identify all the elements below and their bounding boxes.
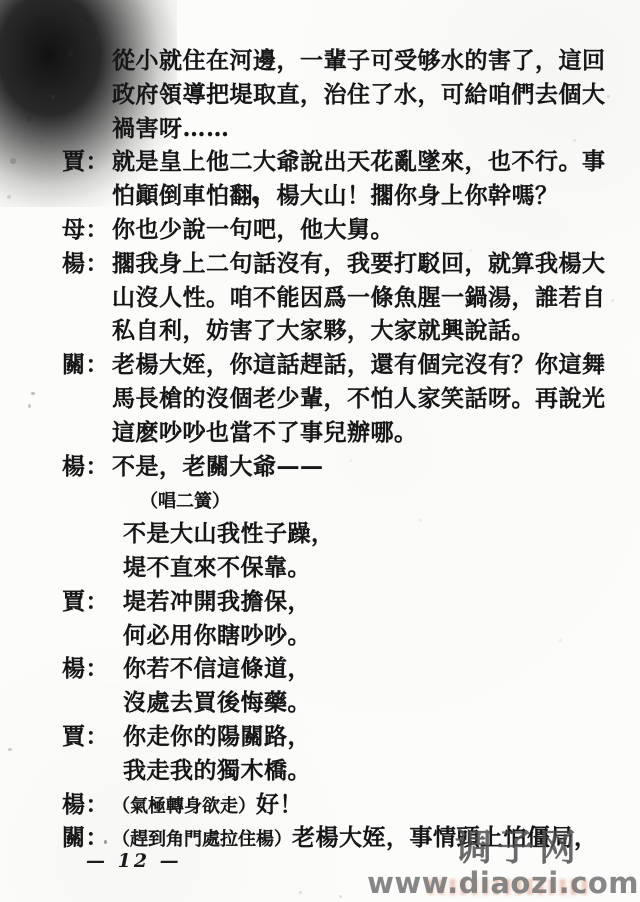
script-line: 楊：擱我身上二句話沒有，我要打駁回，就算我楊大 bbox=[62, 247, 624, 281]
script-line: 賈：你走你的陽關路， bbox=[62, 720, 624, 754]
dialogue-text: 你也少說一句吧，他大舅。 bbox=[112, 216, 394, 243]
speaker-label: 楊： bbox=[62, 788, 112, 822]
speaker-label: 賈： bbox=[62, 720, 123, 754]
script-line: 不是大山我性子躁， bbox=[62, 517, 624, 551]
watermark-site-name: 调子网 bbox=[367, 829, 581, 866]
verse-text: 我走我的獨木橋。 bbox=[123, 757, 311, 784]
script-line: 政府領導把堤取直，治住了水，可給咱們去個大 bbox=[62, 78, 624, 112]
script-line: 私自利，妨害了大家夥，大家就興說話。 bbox=[62, 314, 624, 348]
verse-text: 堤若冲開我擔保， bbox=[123, 588, 311, 615]
script-line: 母：你也少說一句吧，他大舅。 bbox=[62, 213, 624, 247]
script-line: 山沒人性。咱不能因爲一條魚腥一鍋湯，誰若自 bbox=[62, 281, 624, 315]
scanned-page: 從小就住在河邊，一輩子可受够水的害了，這回 政府領導把堤取直，治住了水，可給咱們… bbox=[0, 0, 640, 902]
dialogue-text: 老楊大姪，你這話趕話，還有個完沒有？你這舞 bbox=[112, 351, 606, 378]
script-line: 賈：就是皇上他二大爺說出天花亂墜來，也不行。事 bbox=[62, 145, 624, 179]
speaker-label: 楊： bbox=[62, 450, 112, 484]
speaker-label: 楊： bbox=[62, 652, 123, 686]
watermark: 调子网 www.diaozi.com bbox=[367, 829, 639, 898]
dialogue-text: 好！ bbox=[256, 791, 303, 818]
speaker-label: 賈： bbox=[62, 585, 123, 619]
dialogue-text: 擱我身上二句話沒有，我要打駁回，就算我楊大 bbox=[112, 250, 606, 277]
speaker-label: 母： bbox=[62, 213, 112, 247]
verse-text: 不是大山我性子躁， bbox=[123, 520, 335, 547]
dialogue-text: 山沒人性。咱不能因爲一條魚腥一鍋湯，誰若自 bbox=[112, 284, 606, 311]
dialogue-text: 馬長槍的沒個老少輩，不怕人家笑話呀。再說光 bbox=[112, 385, 606, 412]
stage-direction: （趕到角門處拉住楊） bbox=[112, 829, 292, 850]
dialogue-text: 這麽吵吵也當不了事兒辦哪。 bbox=[112, 419, 418, 446]
script-line: 禍害呀…… bbox=[62, 112, 624, 146]
verse-text: 堤不直來不保靠。 bbox=[123, 554, 311, 581]
verse-text: 你若不信這條道， bbox=[123, 655, 311, 682]
page-number: — 12 — bbox=[86, 850, 182, 872]
speaker-label: 楊： bbox=[62, 247, 112, 281]
dialogue-text: 私自利，妨害了大家夥，大家就興說話。 bbox=[112, 317, 535, 344]
script-line: 馬長槍的沒個老少輩，不怕人家笑話呀。再說光 bbox=[62, 382, 624, 416]
dialogue-text: 政府領導把堤取直，治住了水，可給咱們去個大 bbox=[112, 81, 606, 108]
dialogue-text: 從小就住在河邊，一輩子可受够水的害了，這回 bbox=[112, 47, 606, 74]
paper-noise bbox=[0, 0, 1, 1]
script-line: 這麽吵吵也當不了事兒辦哪。 bbox=[62, 416, 624, 450]
dialogue-text: 怕顚倒車怕翻，楊大山！擱你身上你幹嗎？ bbox=[112, 182, 559, 209]
dialogue-text: 不是，老關大爺—— bbox=[112, 453, 324, 480]
script-line: 從小就住在河邊，一輩子可受够水的害了，這回 bbox=[62, 44, 624, 78]
margin-mark bbox=[31, 392, 35, 395]
script-line: 賈：堤若冲開我擔保， bbox=[62, 585, 624, 619]
script-text-block: 從小就住在河邊，一輩子可受够水的害了，這回 政府領導把堤取直，治住了水，可給咱們… bbox=[62, 44, 624, 855]
stage-direction: （唱二簧） bbox=[140, 491, 230, 512]
script-line: 關：老楊大姪，你這話趕話，還有個完沒有？你這舞 bbox=[62, 348, 624, 382]
dialogue-text: 禍害呀…… bbox=[112, 115, 230, 142]
script-line: 何必用你瞎吵吵。 bbox=[62, 619, 624, 653]
margin-mark bbox=[8, 748, 12, 751]
script-line: 怕顚倒車怕翻，楊大山！擱你身上你幹嗎？ bbox=[62, 179, 624, 213]
verse-text: 何必用你瞎吵吵。 bbox=[123, 622, 311, 649]
speaker-label: 關： bbox=[62, 348, 112, 382]
script-line: 楊：不是，老關大爺—— bbox=[62, 450, 624, 484]
speaker-label: 賈： bbox=[62, 145, 112, 179]
script-line: 沒處去買後悔藥。 bbox=[62, 686, 624, 720]
margin-mark bbox=[28, 404, 31, 408]
script-line: 楊：你若不信這條道， bbox=[62, 652, 624, 686]
stage-direction: （氣極轉身欲走） bbox=[112, 796, 256, 817]
script-line: 堤不直來不保靠。 bbox=[62, 551, 624, 585]
verse-text: 你走你的陽關路， bbox=[123, 723, 311, 750]
verse-text: 沒處去買後悔藥。 bbox=[123, 689, 311, 716]
dialogue-text: 就是皇上他二大爺說出天花亂墜來，也不行。事 bbox=[112, 148, 606, 175]
script-line: 我走我的獨木橋。 bbox=[62, 754, 624, 788]
watermark-site-url: www.diaozi.com bbox=[367, 869, 639, 898]
script-line: （唱二簧） bbox=[62, 483, 624, 517]
script-line: 楊：（氣極轉身欲走）好！ bbox=[62, 788, 624, 822]
